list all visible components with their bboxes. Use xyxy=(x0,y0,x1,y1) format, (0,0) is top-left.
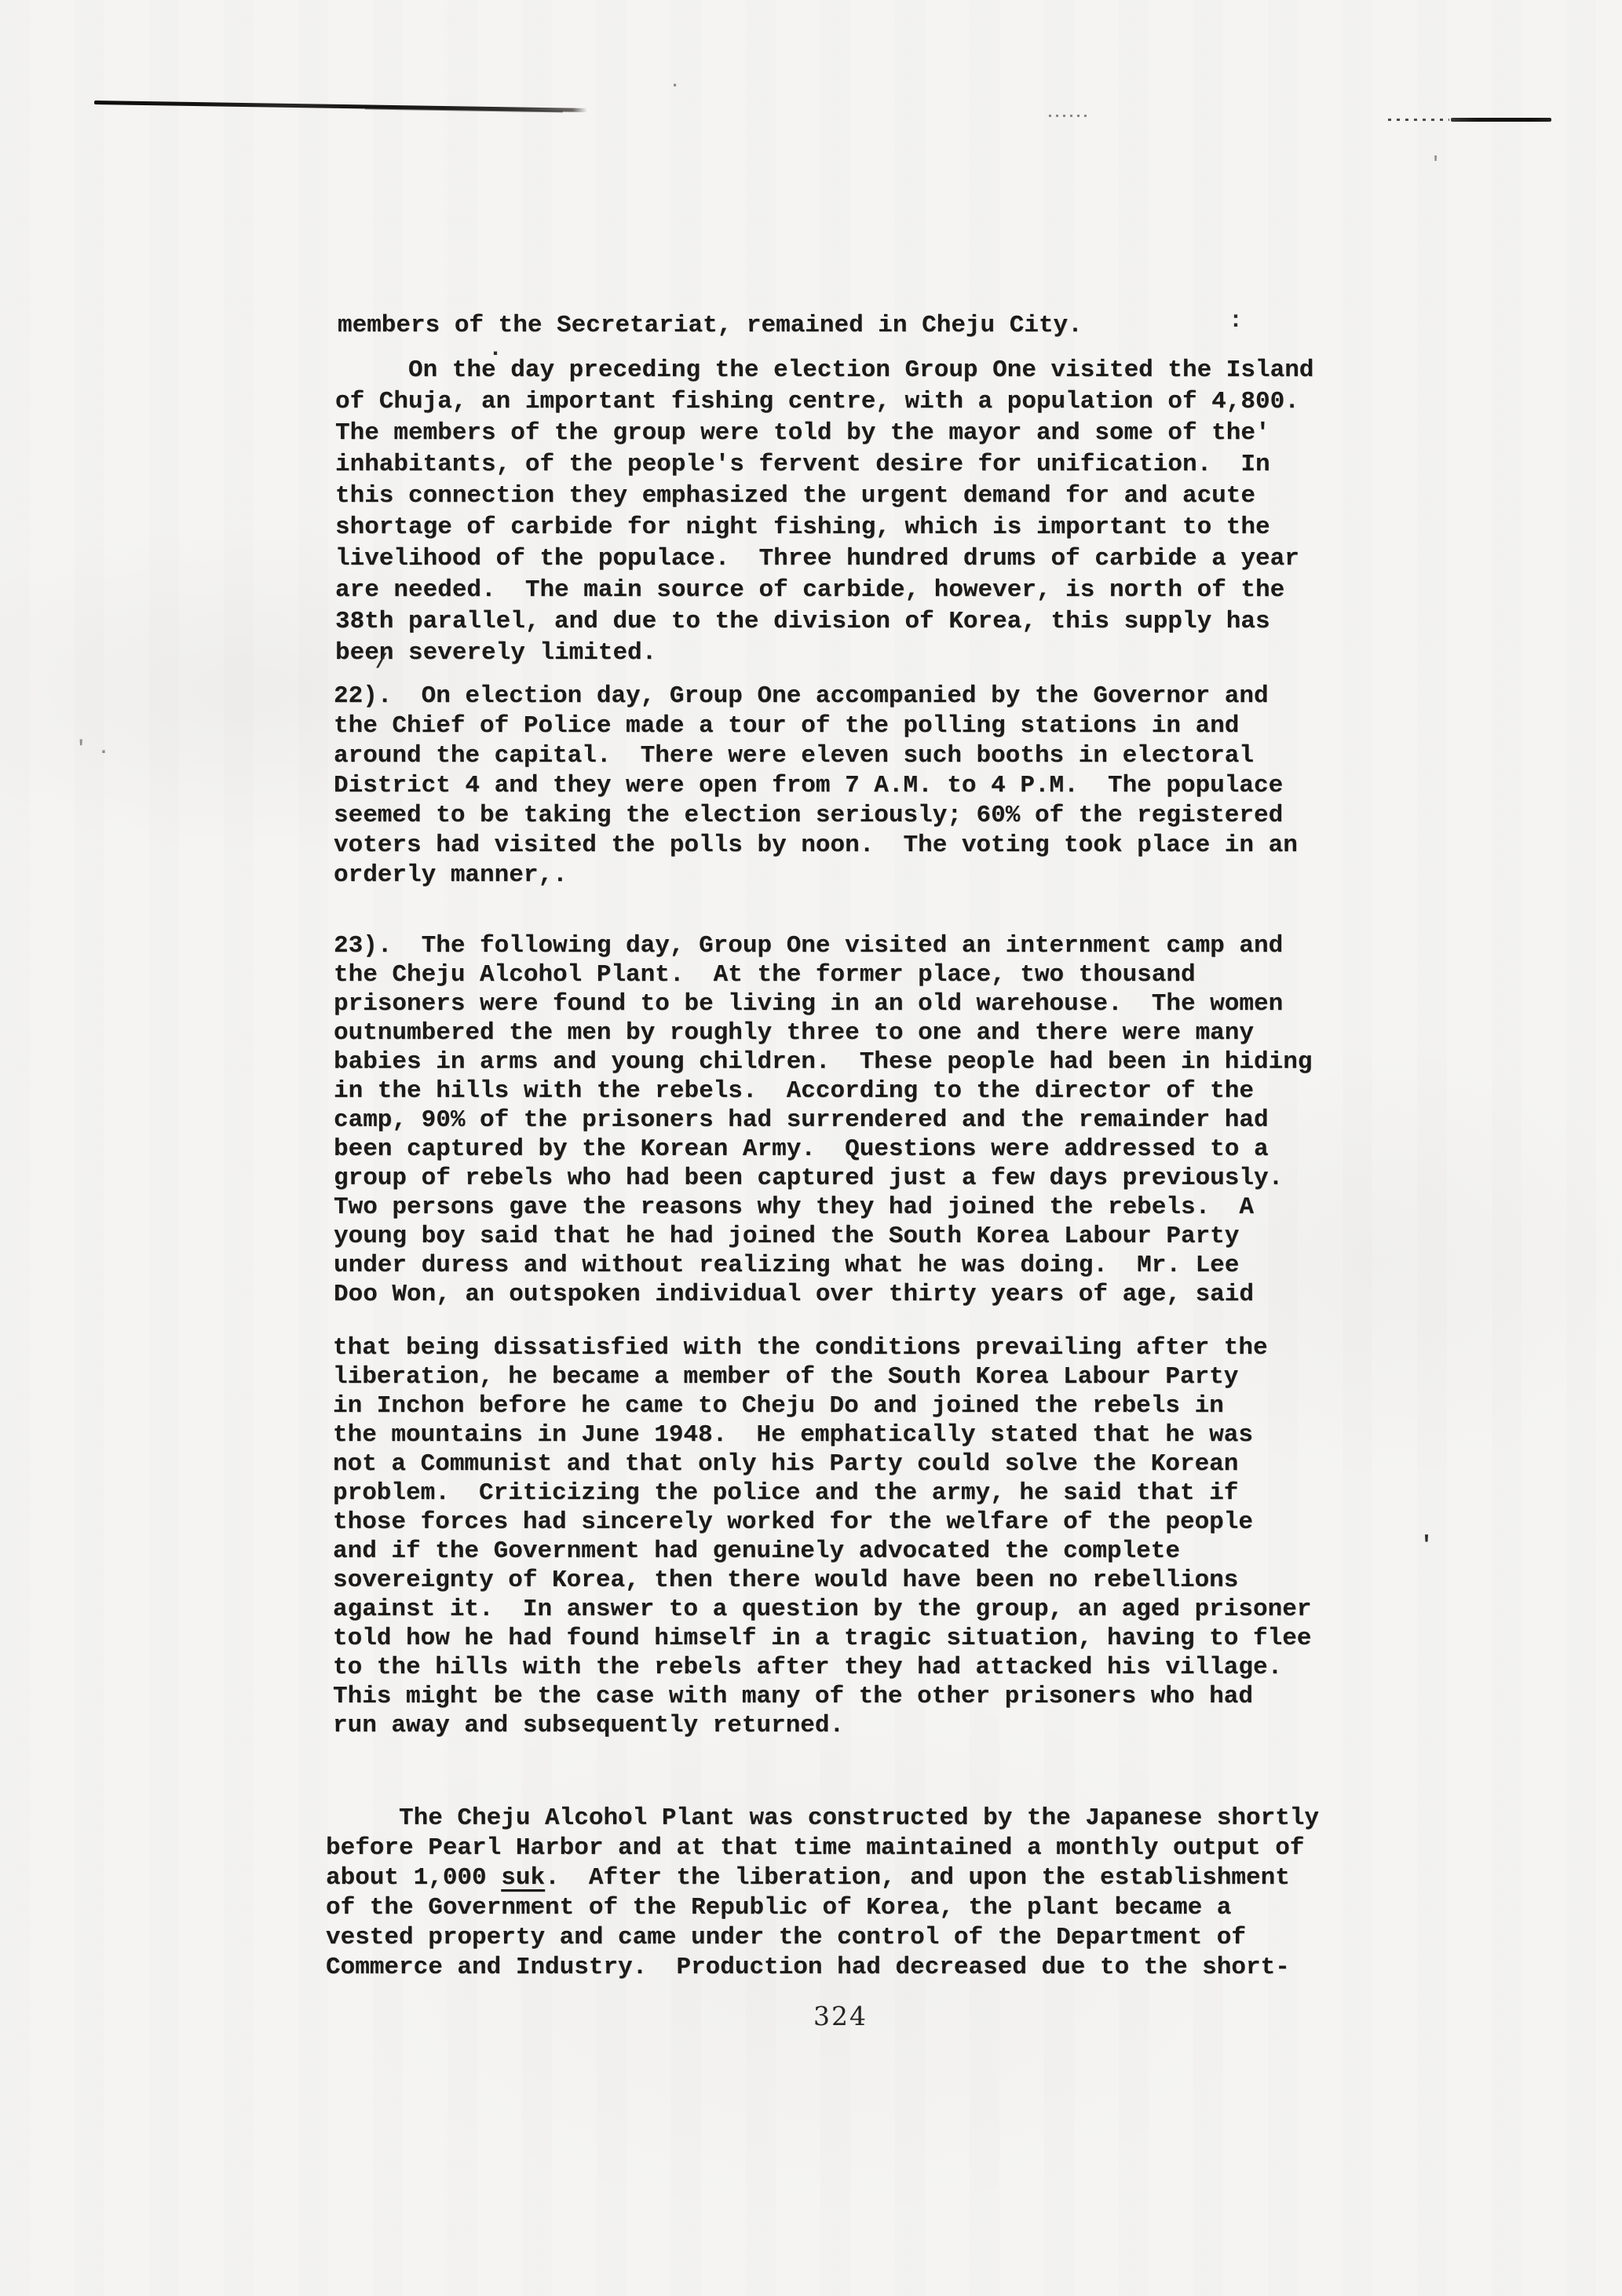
text-line: this connection they emphasized the urge… xyxy=(335,481,1313,512)
text-line: Doo Won, an outspoken individual over th… xyxy=(334,1280,1312,1309)
text-line: about 1,000 suk. After the liberation, a… xyxy=(326,1863,1319,1893)
text-segment: about 1,000 xyxy=(326,1864,501,1892)
text-line: 23). The following day, Group One visite… xyxy=(334,931,1312,960)
paragraph-23-lee-doo-won: that being dissatisfied with the conditi… xyxy=(333,1333,1311,1740)
text-line: to the hills with the rebels after they … xyxy=(333,1653,1311,1682)
text-line: 38th parallel, and due to the division o… xyxy=(335,606,1313,638)
scan-artifact-dashes-right xyxy=(1388,119,1449,121)
text-line: liberation, he became a member of the So… xyxy=(333,1362,1311,1391)
text-line: the Chief of Police made a tour of the p… xyxy=(334,711,1298,741)
paragraph-alcohol-plant: The Cheju Alcohol Plant was constructed … xyxy=(326,1804,1319,1983)
text-line: babies in arms and young children. These… xyxy=(334,1047,1312,1077)
text-line: not a Communist and that only his Party … xyxy=(333,1450,1311,1479)
scan-artifact-rule-right xyxy=(1451,118,1551,122)
scan-artifact-margin-mark: ' . xyxy=(75,738,109,759)
text-line: inhabitants, of the people's fervent des… xyxy=(335,449,1313,481)
text-line: in the hills with the rebels. According … xyxy=(334,1077,1312,1106)
text-line: Two persons gave the reasons why they ha… xyxy=(334,1193,1312,1222)
text-line: District 4 and they were open from 7 A.M… xyxy=(334,771,1298,801)
text-line: outnumbered the men by roughly three to … xyxy=(334,1018,1312,1047)
text-line: young boy said that he had joined the So… xyxy=(334,1222,1312,1251)
text-line: Commerce and Industry. Production had de… xyxy=(326,1953,1319,1983)
text-line: the mountains in June 1948. He emphatica… xyxy=(333,1420,1311,1450)
text-line: livelihood of the populace. Three hundre… xyxy=(335,543,1313,575)
text-line: under duress and without realizing what … xyxy=(334,1251,1312,1280)
text-line: in Inchon before he came to Cheju Do and… xyxy=(333,1391,1311,1420)
text-line: camp, 90% of the prisoners had surrender… xyxy=(334,1106,1312,1135)
text-line: been captured by the Korean Army. Questi… xyxy=(334,1135,1312,1164)
scan-artifact-dashes-mid xyxy=(1049,115,1087,117)
text-line: On the day preceding the election Group … xyxy=(335,355,1313,386)
text-line: members of the Secretariat, remained in … xyxy=(338,311,1083,341)
text-line: The members of the group were told by th… xyxy=(335,418,1313,449)
scan-artifact-tick: ' xyxy=(1430,154,1441,174)
text-line: against it. In answer to a question by t… xyxy=(333,1595,1311,1624)
text-line: sovereignty of Korea, then there would h… xyxy=(333,1566,1311,1595)
text-line: 22). On election day, Group One accompan… xyxy=(334,682,1298,711)
text-line: problem. Criticizing the police and the … xyxy=(333,1479,1311,1508)
text-line: prisoners were found to be living in an … xyxy=(334,989,1312,1018)
underlined-word: suk xyxy=(501,1864,545,1892)
paragraph-chuja-visit: On the day preceding the election Group … xyxy=(335,355,1313,669)
scan-artifact-rule-left xyxy=(94,101,587,112)
scan-artifact-dot: . xyxy=(488,336,502,363)
text-line: orderly manner,. xyxy=(334,861,1298,890)
text-line: group of rebels who had been captured ju… xyxy=(334,1164,1312,1193)
text-line: of Chuja, an important fishing centre, w… xyxy=(335,386,1313,418)
text-line: The Cheju Alcohol Plant was constructed … xyxy=(326,1804,1319,1834)
paragraph-22-election-day: 22). On election day, Group One accompan… xyxy=(334,682,1298,890)
text-line: This might be the case with many of the … xyxy=(333,1682,1311,1711)
text-line: those forces had sincerely worked for th… xyxy=(333,1508,1311,1537)
scanned-document-page: { "page": { "number": "324" }, "document… xyxy=(0,0,1622,2296)
text-line: seemed to be taking the election serious… xyxy=(334,801,1298,831)
paragraph-23-internment-camp: 23). The following day, Group One visite… xyxy=(334,931,1312,1309)
text-line: around the capital. There were eleven su… xyxy=(334,741,1298,771)
text-line: been severely limited. xyxy=(335,638,1313,669)
text-segment: . After the liberation, and upon the est… xyxy=(545,1864,1290,1892)
scan-artifact-top-dot: . xyxy=(670,72,680,92)
scan-artifact-colon: : xyxy=(1229,308,1243,335)
text-line: shortage of carbide for night fishing, w… xyxy=(335,512,1313,543)
text-line: and if the Government had genuinely advo… xyxy=(333,1537,1311,1566)
text-line: before Pearl Harbor and at that time mai… xyxy=(326,1834,1319,1863)
text-line: vested property and came under the contr… xyxy=(326,1923,1319,1953)
text-line: that being dissatisfied with the conditi… xyxy=(333,1333,1311,1362)
text-line: the Cheju Alcohol Plant. At the former p… xyxy=(334,960,1312,989)
text-line: run away and subsequently returned. xyxy=(333,1711,1311,1740)
scan-artifact-apostrophe: ' xyxy=(1419,1533,1434,1559)
text-line: of the Government of the Republic of Kor… xyxy=(326,1893,1319,1923)
text-line: told how he had found himself in a tragi… xyxy=(333,1624,1311,1653)
paragraph-continuation: members of the Secretariat, remained in … xyxy=(338,311,1083,341)
scan-artifact-slash: / xyxy=(375,650,388,674)
text-line: are needed. The main source of carbide, … xyxy=(335,575,1313,606)
page-number: 324 xyxy=(813,2001,868,2031)
text-line: voters had visited the polls by noon. Th… xyxy=(334,831,1298,861)
